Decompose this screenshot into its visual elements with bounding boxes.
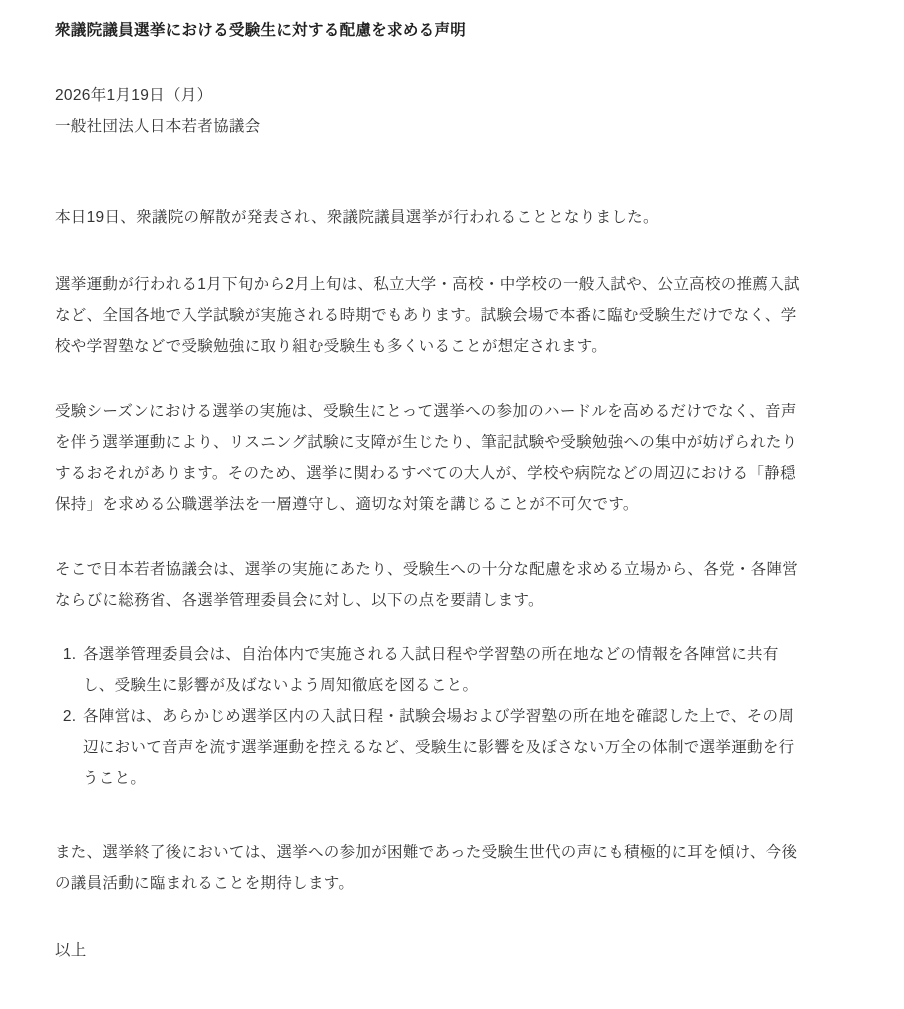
closing-text: 以上	[55, 935, 803, 966]
document-body: 衆議院議員選挙における受験生に対する配慮を求める声明 2026年1月19日（月）…	[55, 15, 803, 966]
paragraph-request-intro: そこで日本若者協議会は、選挙の実施にあたり、受験生への十分な配慮を求める立場から…	[55, 554, 803, 616]
document-title: 衆議院議員選挙における受験生に対する配慮を求める声明	[55, 15, 803, 46]
date-text: 2026年1月19日（月）	[55, 80, 803, 111]
request-list: 各選挙管理委員会は、自治体内で実施される入試日程や学習塾の所在地などの情報を各陣…	[55, 639, 803, 794]
request-item-1: 各選挙管理委員会は、自治体内で実施される入試日程や学習塾の所在地などの情報を各陣…	[81, 639, 803, 701]
paragraph-dissolution-announcement: 本日19日、衆議院の解散が発表され、衆議院議員選挙が行われることとなりました。	[55, 202, 803, 233]
document-page: 衆議院議員選挙における受験生に対する配慮を求める声明 2026年1月19日（月）…	[0, 0, 904, 996]
organization-name: 一般社団法人日本若者協議会	[55, 111, 803, 142]
paragraph-post-election: また、選挙終了後においては、選挙への参加が困難であった受験生世代の声にも積極的に…	[55, 837, 803, 899]
paragraph-exam-season: 選挙運動が行われる1月下旬から2月上旬は、私立大学・高校・中学校の一般入試や、公…	[55, 269, 803, 362]
paragraph-impact-concerns: 受験シーズンにおける選挙の実施は、受験生にとって選挙への参加のハードルを高めるだ…	[55, 396, 803, 520]
request-item-2: 各陣営は、あらかじめ選挙区内の入試日程・試験会場および学習塾の所在地を確認した上…	[81, 701, 803, 794]
